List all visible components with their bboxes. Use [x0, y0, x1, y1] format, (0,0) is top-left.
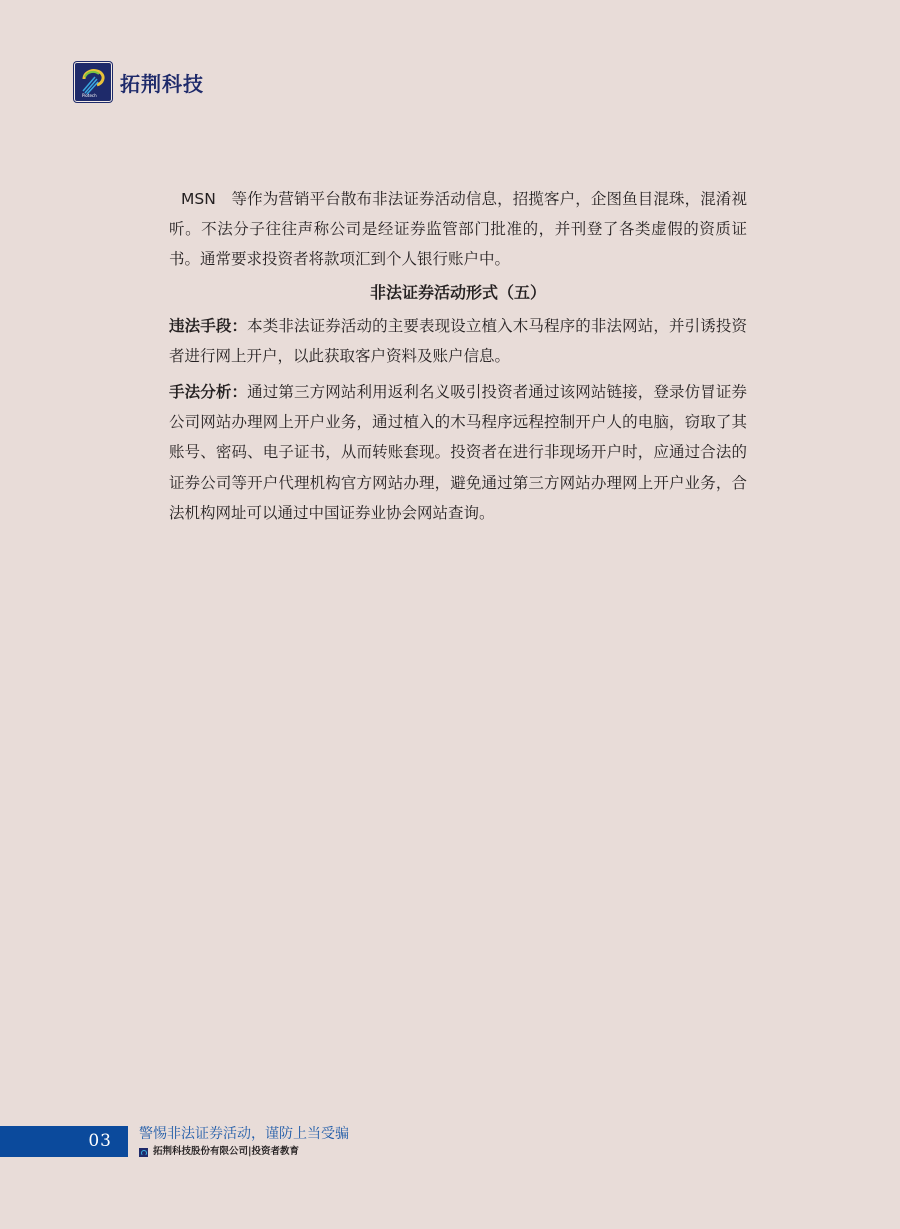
page-number: 03 — [88, 1131, 112, 1151]
violation-label: 违法手段： — [169, 317, 247, 335]
logo-text: 拓荆科技 — [120, 68, 204, 97]
footer-company: 拓荆科技股份有限公司|投资者教育 — [139, 1145, 299, 1159]
violation-paragraph: 违法手段：本类非法证券活动的主要表现设立植入木马程序的非法网站，并引诱投资者进行… — [169, 311, 747, 371]
violation-text: 本类非法证券活动的主要表现设立植入木马程序的非法网站，并引诱投资者进行网上开户，… — [169, 317, 747, 365]
page-number-bar: 03 — [0, 1126, 128, 1157]
document-body: MSN 等作为营销平台散布非法证券活动信息，招揽客户，企图鱼目混珠，混淆视听。不… — [169, 184, 747, 528]
section-title: 非法证券活动形式（五） — [169, 278, 747, 308]
mini-logo-icon — [139, 1148, 148, 1157]
intro-paragraph: MSN 等作为营销平台散布非法证券活动信息，招揽客户，企图鱼目混珠，混淆视听。不… — [169, 184, 747, 275]
svg-text:Piotech: Piotech — [82, 93, 97, 98]
company-logo: Piotech 拓荆科技 — [74, 62, 204, 102]
analysis-text: 通过第三方网站利用返利名义吸引投资者通过该网站链接，登录仿冒证券公司网站办理网上… — [169, 383, 747, 522]
footer-slogan: 警惕非法证券活动，谨防上当受骗 — [139, 1125, 349, 1143]
analysis-paragraph: 手法分析：通过第三方网站利用返利名义吸引投资者通过该网站链接，登录仿冒证券公司网… — [169, 377, 747, 528]
company-name: 拓荆科技股份有限公司|投资者教育 — [153, 1145, 299, 1159]
analysis-label: 手法分析： — [169, 383, 247, 401]
tuojing-logo-icon: Piotech — [74, 62, 112, 102]
